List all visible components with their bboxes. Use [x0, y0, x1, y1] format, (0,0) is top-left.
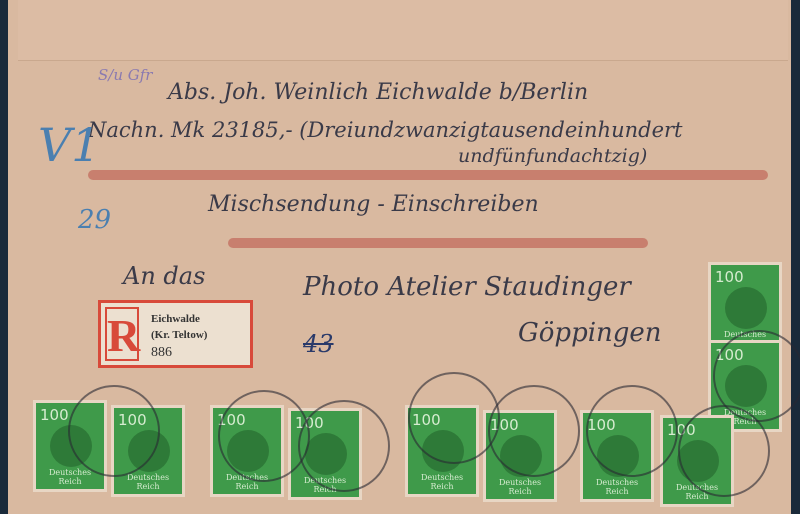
- type-line: Mischsendung - Einschreiben: [208, 192, 539, 217]
- sender-line: Abs. Joh. Weinlich Eichwalde b/Berlin: [168, 80, 588, 105]
- postmark: [218, 390, 310, 482]
- crossed-number: 43: [303, 330, 334, 358]
- postmark: [488, 385, 580, 477]
- envelope: S/u Gfr Abs. Joh. Weinlich Eichwalde b/B…: [8, 0, 791, 514]
- postmark: [408, 372, 500, 464]
- blue-mark-1: V1: [38, 118, 101, 172]
- recipient: Photo Atelier Staudinger: [303, 272, 631, 302]
- address-prefix: An das: [123, 262, 205, 290]
- label-town: Eichwalde: [151, 313, 200, 325]
- postmark: [68, 385, 160, 477]
- registration-label: R Eichwalde (Kr. Teltow) 886: [98, 300, 253, 368]
- city: Göppingen: [518, 318, 662, 348]
- note-line-1: Nachn. Mk 23185,- (Dreiundzwanzigtausend…: [88, 118, 682, 142]
- blue-mark-2: 29: [78, 205, 111, 235]
- label-district: (Kr. Teltow): [151, 329, 207, 341]
- postmark: [713, 330, 800, 422]
- note-line-2: undfünfundachtzig): [458, 145, 647, 167]
- registration-letter: R: [105, 307, 139, 361]
- postmark: [586, 385, 678, 477]
- strike-line-1: [88, 170, 768, 180]
- postmark: [298, 400, 390, 492]
- envelope-flap: [18, 0, 788, 61]
- strike-line-2: [228, 238, 648, 248]
- label-number: 886: [151, 345, 172, 361]
- pencil-mark: S/u Gfr: [98, 66, 152, 84]
